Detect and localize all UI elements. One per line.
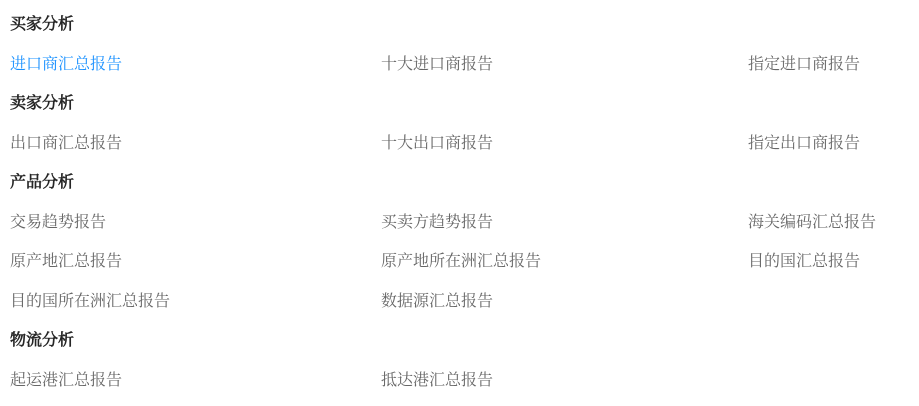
menu-item-top-ten-exporters-report[interactable]: 十大出口商报告 bbox=[381, 122, 748, 162]
menu-item-destination-country-summary-report[interactable]: 目的国汇总报告 bbox=[748, 240, 919, 280]
menu-item-trade-trend-report[interactable]: 交易趋势报告 bbox=[10, 201, 381, 241]
logistics-analysis-items: 起运港汇总报告 抵达港汇总报告 bbox=[10, 359, 919, 399]
menu-item-top-ten-importers-report[interactable]: 十大进口商报告 bbox=[381, 43, 748, 83]
menu-item-departure-port-summary-report[interactable]: 起运港汇总报告 bbox=[10, 359, 381, 399]
section-title-logistics-analysis: 物流分析 bbox=[10, 319, 919, 359]
report-category-menu: 买家分析 进口商汇总报告 十大进口商报告 指定进口商报告 卖家分析 出口商汇总报… bbox=[0, 0, 919, 406]
buyer-analysis-items: 进口商汇总报告 十大进口商报告 指定进口商报告 bbox=[10, 43, 919, 83]
menu-item-buyer-seller-trend-report[interactable]: 买卖方趋势报告 bbox=[381, 201, 748, 241]
menu-item-exporter-summary-report[interactable]: 出口商汇总报告 bbox=[10, 122, 381, 162]
menu-item-specified-importer-report[interactable]: 指定进口商报告 bbox=[748, 43, 919, 83]
menu-item-data-source-summary-report[interactable]: 数据源汇总报告 bbox=[381, 280, 748, 320]
menu-item-origin-country-summary-report[interactable]: 原产地汇总报告 bbox=[10, 240, 381, 280]
section-title-seller-analysis: 卖家分析 bbox=[10, 82, 919, 122]
menu-item-origin-continent-summary-report[interactable]: 原产地所在洲汇总报告 bbox=[381, 240, 748, 280]
section-title-buyer-analysis: 买家分析 bbox=[10, 3, 919, 43]
menu-item-importer-summary-report[interactable]: 进口商汇总报告 bbox=[10, 43, 381, 83]
menu-item-destination-continent-summary-report[interactable]: 目的国所在洲汇总报告 bbox=[10, 280, 381, 320]
menu-item-specified-exporter-report[interactable]: 指定出口商报告 bbox=[748, 122, 919, 162]
product-analysis-items: 交易趋势报告 买卖方趋势报告 海关编码汇总报告 原产地汇总报告 原产地所在洲汇总… bbox=[10, 201, 919, 320]
seller-analysis-items: 出口商汇总报告 十大出口商报告 指定出口商报告 bbox=[10, 122, 919, 162]
menu-item-hs-code-summary-report[interactable]: 海关编码汇总报告 bbox=[748, 201, 919, 241]
menu-item-arrival-port-summary-report[interactable]: 抵达港汇总报告 bbox=[381, 359, 748, 399]
section-title-product-analysis: 产品分析 bbox=[10, 161, 919, 201]
